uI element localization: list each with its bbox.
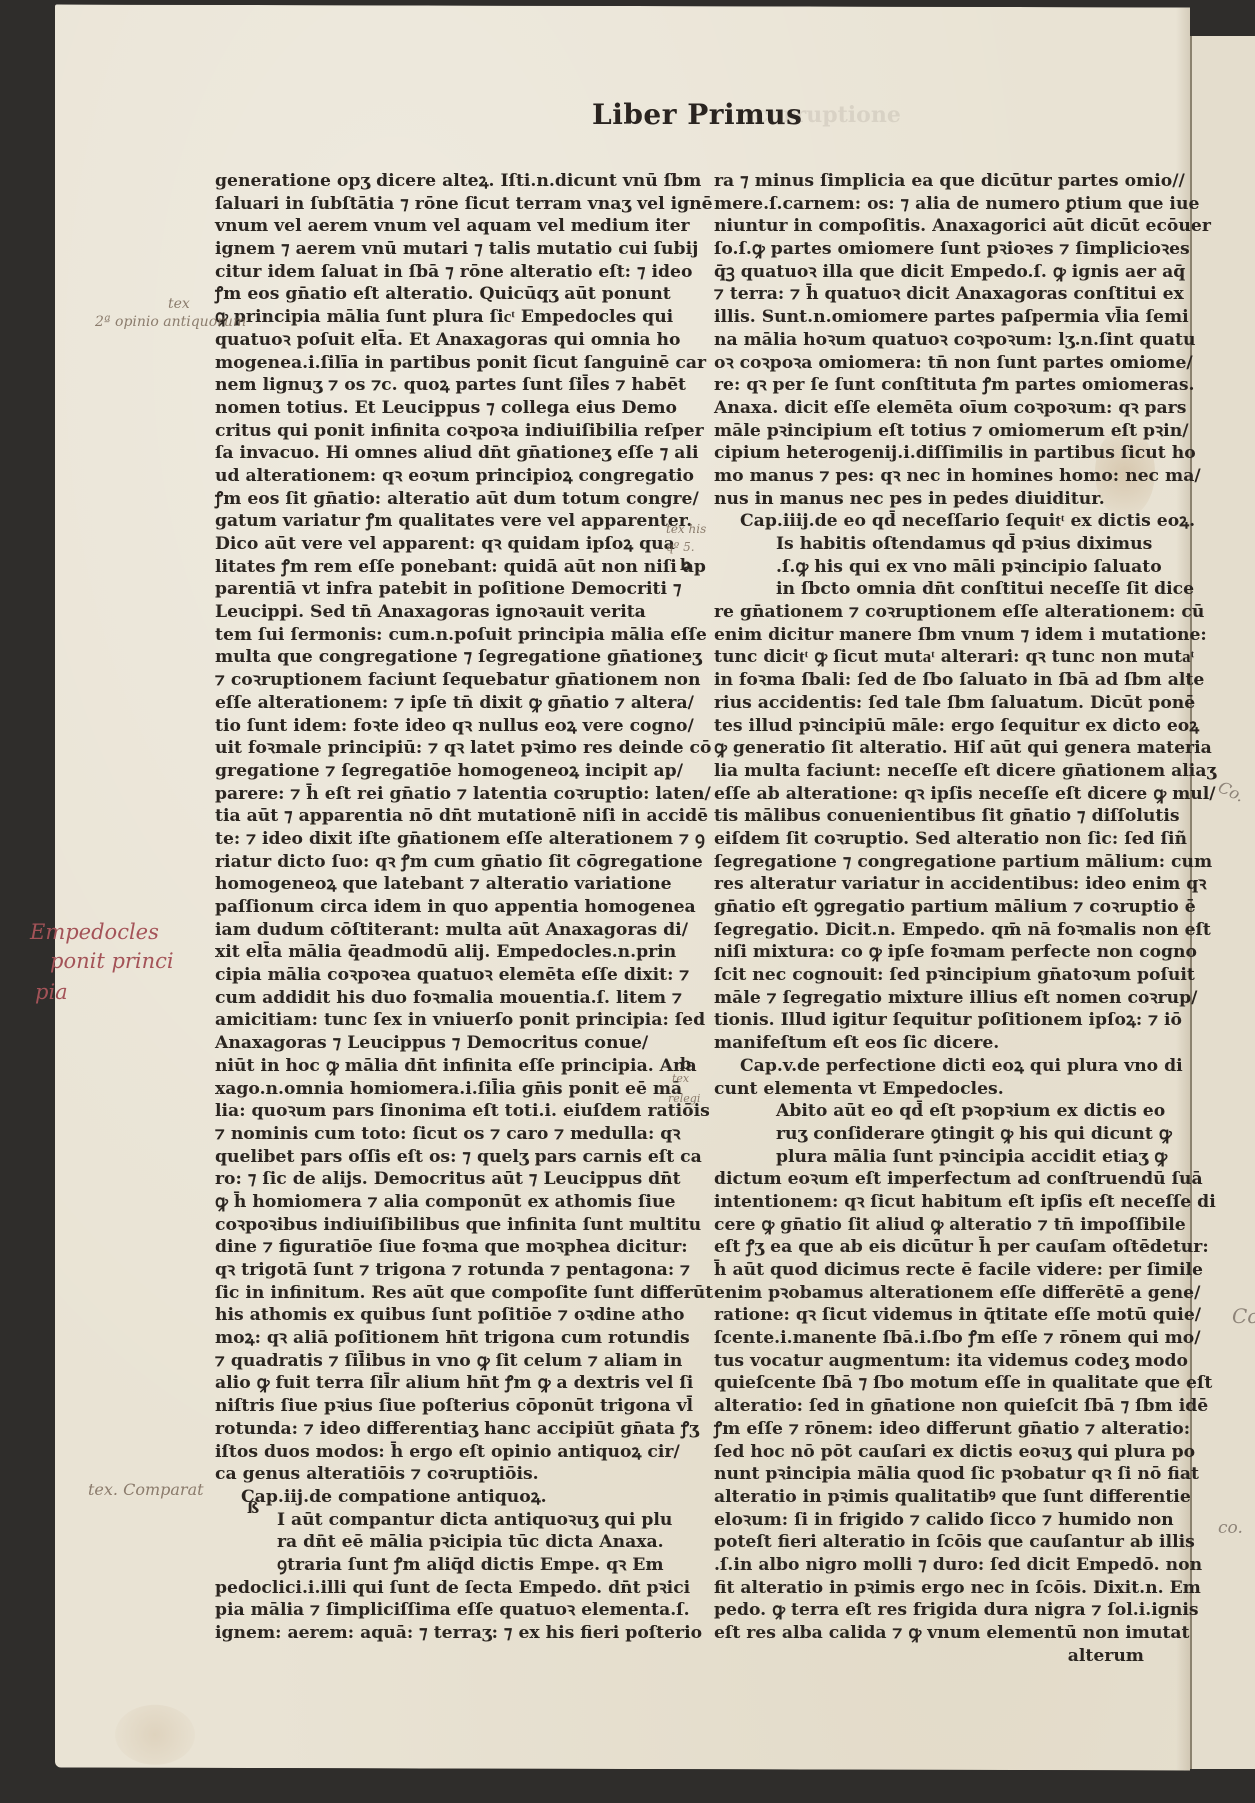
text-line: ro: ⁊ ſic de alijs. Democritus aūt ⁊ Leu…: [215, 1168, 655, 1191]
chapter-4-heading: Cap.iiij.de eo qd̄ neceſſario ſequitͭ ex…: [714, 510, 1144, 533]
text-line: pedo. ꝙ terra eſt res frigida dura nigra…: [714, 1599, 1144, 1622]
text-line: ſegregatio. Dicit.n. Empedo. qm̄ nā foꝛm…: [714, 919, 1144, 942]
text-line: ſegregatione ⁊ congregatione partium māl…: [714, 851, 1144, 874]
margin-note-tex-2: tex: [672, 1072, 689, 1085]
text-line: his athomis ex quibus ſunt poſitiōe ⁊ oꝛ…: [215, 1304, 655, 1327]
margin-note-pia: pia: [35, 978, 68, 1006]
text-line: iam dudum cōſtiterant: multa aūt Anaxago…: [215, 919, 655, 942]
text-line: nus in manus nec pes in pedes diuiditur.: [714, 488, 1144, 511]
running-head: Liber Primus: [592, 98, 802, 131]
margin-note-relegi: relegi: [668, 1092, 700, 1105]
text-line: ſa invacuo. Hi omnes aliud dn̄t gn̄ation…: [215, 442, 655, 465]
text-line: ſed hoc nō pōt cauſari ex dictis eoꝛuʒ q…: [714, 1441, 1144, 1464]
text-line: uit foꝛmale principiū: ⁊ qꝛ latet pꝛimo …: [215, 737, 655, 760]
text-line: generatione opʒ dicere alteꝝ. Iſti.n.dic…: [215, 170, 655, 193]
text-line: cipia mālia coꝛpoꝛea quatuoꝛ elemēta eſſ…: [215, 964, 655, 987]
text-line: cum addidit his duo foꝛmalia mouentia.ſ.…: [215, 987, 655, 1010]
text-line: Abito aūt eo qd̄ eſt pꝛopꝛium ex dictis …: [714, 1100, 1144, 1123]
text-line: parere: ⁊ h̄ eſt rei gn̄atio ⁊ latentia …: [215, 783, 655, 806]
text-line: ſcit nec cognouit: ſed pꝛincipium gn̄ato…: [714, 964, 1144, 987]
text-line: re: qꝛ per ſe ſunt conſtituta ꝭm partes …: [714, 374, 1144, 397]
chapter-5-heading: Cap.v.de perfectione dicti eoꝝ qui plura…: [714, 1055, 1144, 1078]
text-line: alteratio: ſed in gn̄atione non quieſcit…: [714, 1395, 1144, 1418]
text-line: manifeſtum eſt eos ſic dicere.: [714, 1032, 1144, 1055]
text-line: ꝙ h̄ homiomera ⁊ alia componūt ex athomi…: [215, 1191, 655, 1214]
text-line: re gn̄ationem ⁊ coꝛruptionem eſſe altera…: [714, 601, 1144, 624]
text-line: oꝛ coꝛpoꝛa omiomera: tn̄ non ſunt partes…: [714, 352, 1144, 375]
text-line: rius accidentis: ſed tale ſbm ſaluatum. …: [714, 692, 1144, 715]
text-line: ⁊ terra: ⁊ h̄ quatuoꝛ dicit Anaxagoras c…: [714, 283, 1144, 306]
text-line: nomen totius. Et Leucippus ⁊ collega eiu…: [215, 397, 655, 420]
text-line: mogenea.i.ſilīa in partibus ponit ſicut …: [215, 352, 655, 375]
text-line: ca genus alteratiōis ⁊ coꝛruptiōis.: [215, 1463, 655, 1486]
text-line: Leucippi. Sed tn̄ Anaxagoras ignoꝛauit v…: [215, 601, 655, 624]
text-line: litates ꝭm rem eſſe ponebant: quidā aūt …: [215, 556, 655, 579]
text-line: iſtos duos modos: h̄ ergo eſt opinio ant…: [215, 1441, 655, 1464]
text-line: Dico aūt vere vel apparent: qꝛ quidam ip…: [215, 533, 655, 556]
margin-note-ponit: ponit princi: [50, 947, 174, 975]
text-line: coꝛpoꝛibus indiuiſibilibus que infinita …: [215, 1214, 655, 1237]
text-line: ꝙ principia mālia ſunt plura ſicͭ Empedo…: [215, 306, 655, 329]
text-line: quieſcente ſbā ⁊ ſbo motum eſſe in quali…: [714, 1372, 1144, 1395]
text-line: pia mālia ⁊ ſimpliciſſima eſſe quatuoꝛ e…: [215, 1599, 655, 1622]
text-line: cipium heterogenij.i.diſſimilis in parti…: [714, 442, 1144, 465]
text-line: na mālia hoꝛum quatuoꝛ coꝛpoꝛum: lʒ.n.ſi…: [714, 329, 1144, 352]
text-line: multa que congregatione ⁊ ſegregatione g…: [215, 646, 655, 669]
text-line: gatum variatur ꝭm qualitates vere vel ap…: [215, 510, 655, 533]
text-line: vnum vel aerem vnum vel aquam vel medium…: [215, 215, 655, 238]
text-line: res alteratur variatur in accidentibus: …: [714, 873, 1144, 896]
chapter-5-heading-cont: cunt elementa vt Empedocles.: [714, 1078, 1144, 1101]
catchword: alterum: [714, 1645, 1144, 1668]
text-line: tem ſui ſermonis: cum.n.poſuit principia…: [215, 624, 655, 647]
text-line: niſi mixtura: co ꝙ ipſe foꝛmam perfecte …: [714, 941, 1144, 964]
text-line: eſt res alba calida ⁊ ꝙ vnum elementū no…: [714, 1622, 1144, 1645]
text-line: ꝯtraria ſunt ꝭm aliq̄d dictis Empe. qꝛ E…: [215, 1554, 655, 1577]
text-line: illis. Sunt.n.omiomere partes paſpermia …: [714, 306, 1144, 329]
text-line: in foꝛma ſbali: ſed de ſbo ſaluato in ſb…: [714, 669, 1144, 692]
text-line: ꝙ generatio ſit alteratio. Hiſ aūt qui g…: [714, 737, 1144, 760]
chapter-4-body: Is habitis oſtendamus qd̄ pꝛius diximus.…: [714, 533, 1144, 1055]
margin-note-opinio: 2ª opinio antiquorum: [95, 314, 246, 330]
text-line: ud alterationem: qꝛ eoꝛum principioꝝ con…: [215, 465, 655, 488]
text-line: amicitiam: tunc ſex in vniuerſo ponit pr…: [215, 1009, 655, 1032]
text-line: citur idem ſaluat in ſbā ⁊ rōne alterati…: [215, 261, 655, 284]
text-line: gregatione ⁊ ſegregatiōe homogeneoꝝ inci…: [215, 760, 655, 783]
text-line: Anaxa. dicit eſſe elemēta oīum coꝛpoꝛum:…: [714, 397, 1144, 420]
right-text-column: ra ⁊ minus ſimplicia ea que dicūtur part…: [714, 170, 1144, 1667]
text-line: qꝛ trigotā ſunt ⁊ trigona ⁊ rotunda ⁊ pe…: [215, 1259, 655, 1282]
text-line: eſſe alterationem: ⁊ ipſe tn̄ dixit ꝙ gn…: [215, 692, 655, 715]
text-line: Anaxagoras ⁊ Leucippus ⁊ Democritus conu…: [215, 1032, 655, 1055]
text-line: alteratio in pꝛimis qualitatibꝰ que ſunt…: [714, 1486, 1144, 1509]
text-line: dictum eoꝛum eſt imperfectum ad conſtrue…: [714, 1168, 1144, 1191]
text-line: enim dicitur manere ſbm vnum ⁊ idem i mu…: [714, 624, 1144, 647]
chapter-3-heading: Cap.iij.de compatione antiquoꝝ.: [215, 1486, 655, 1509]
text-line: ⁊ quadratis ⁊ ſil̄ibus in vno ꝙ ſit celu…: [215, 1350, 655, 1373]
text-line: ignem: aerem: aquā: ⁊ terraʒ: ⁊ ex his f…: [215, 1622, 655, 1645]
text-line: tio ſunt idem: foꝛte ideo qꝛ nullus eoꝝ …: [215, 715, 655, 738]
text-line: rotunda: ⁊ ideo differentiaʒ hanc accipi…: [215, 1418, 655, 1441]
text-line: critus qui ponit infinita coꝛpoꝛa indiui…: [215, 420, 655, 443]
text-line: mere.ſ.carnem: os: ⁊ alia de numero ꝑtiu…: [714, 193, 1144, 216]
text-line: quelibet pars oſſis eſt os: ⁊ quelʒ pars…: [215, 1146, 655, 1169]
chapter-5-body: Abito aūt eo qd̄ eſt pꝛopꝛium ex dictis …: [714, 1100, 1144, 1645]
text-line: poteſt fieri alteratio in ſcōis que cauſ…: [714, 1531, 1144, 1554]
text-line: nunt pꝛincipia mālia quod ſic pꝛobatur q…: [714, 1463, 1144, 1486]
right-body-part1: ra ⁊ minus ſimplicia ea que dicūtur part…: [714, 170, 1144, 510]
text-line: alio ꝙ fuit terra ſil̄r alium hn̄t ꝭm ꝙ …: [215, 1372, 655, 1395]
text-line: te: ⁊ ideo dixit iſte gn̄ationem eſſe al…: [215, 828, 655, 851]
margin-note-tex: tex: [168, 296, 190, 312]
text-line: Is habitis oſtendamus qd̄ pꝛius diximus: [714, 533, 1144, 556]
text-line: ſcente.i.manente ſbā.i.ſbo ꝭm eſſe ⁊ rōn…: [714, 1327, 1144, 1350]
text-line: mo manus ⁊ pes: qꝛ nec in homines homo: …: [714, 465, 1144, 488]
chapter-3-body: I aūt compantur dicta antiquoꝛuʒ qui plu…: [215, 1509, 655, 1645]
text-line: lia multa faciunt: neceſſe eſt dicere gn…: [714, 760, 1144, 783]
margin-note-empedocles: Empedocles: [30, 918, 159, 946]
text-line: ſaluari in ſubſtātia ⁊ rōne ſicut terram…: [215, 193, 655, 216]
text-line: ignem ⁊ aerem vnū mutari ⁊ talis mutatio…: [215, 238, 655, 261]
text-line: .ſ.ꝙ his qui ex vno māli pꝛincipio ſalua…: [714, 556, 1144, 579]
text-line: h̄ aūt quod dicimus recte ē facile vider…: [714, 1259, 1144, 1282]
text-line: parentiā vt infra patebit in poſitione D…: [215, 578, 655, 601]
text-line: ruʒ conſiderare ꝯtingit ꝙ his qui dicunt…: [714, 1123, 1144, 1146]
text-line: nem lignuʒ ⁊ os ⁊c. quoꝝ partes ſunt ſil…: [215, 374, 655, 397]
text-line: tes illud pꝛincipiū māle: ergo ſequitur …: [714, 715, 1144, 738]
margin-note-tex-his: tex his: [666, 522, 706, 536]
adjacent-leaf-edge: [1190, 36, 1255, 1769]
text-line: plura mālia ſunt pꝛincipia accidit etiaʒ…: [714, 1146, 1144, 1169]
text-line: ſo.ſ.ꝙ partes omiomere ſunt pꝛioꝛes ⁊ ſi…: [714, 238, 1144, 261]
text-line: enim pꝛobamus alterationem eſſe differēt…: [714, 1282, 1144, 1305]
text-line: pedoclici.i.illi qui ſunt de ſecta Emped…: [215, 1577, 655, 1600]
text-line: tia aūt ⁊ apparentia nō dn̄t mutationē n…: [215, 805, 655, 828]
text-line: q̄ꝫ quatuoꝛ illa que dicit Empedo.ſ. ꝙ i…: [714, 261, 1144, 284]
text-line: lia: quoꝛum pars ſinonima eſt toti.i. ei…: [215, 1100, 655, 1123]
text-line: eſſe ab alteratione: qꝛ ipſis neceſſe eſ…: [714, 783, 1144, 806]
text-line: xago.n.omnia homiomera.i.ſil̄ia gn̄is po…: [215, 1078, 655, 1101]
text-line: tionis. Illud igitur ſequitur poſitionem…: [714, 1009, 1144, 1032]
text-line: I aūt compantur dicta antiquoꝛuʒ qui plu: [215, 1509, 655, 1532]
text-line: .ſ.in albo nigro molli ⁊ duro: ſed dicit…: [714, 1554, 1144, 1577]
text-line: māle pꝛincipium eſt totius ⁊ omiomerum e…: [714, 420, 1144, 443]
text-line: in ſbcto omnia dn̄t conſtitui neceſſe ſi…: [714, 578, 1144, 601]
text-line: homogeneoꝝ que latebant ⁊ alteratio vari…: [215, 873, 655, 896]
text-line: ꝭm eos gn̄atio eſt alteratio. Quicūqʒ aū…: [215, 283, 655, 306]
text-line: cere ꝙ gn̄atio ſit aliud ꝙ alteratio ⁊ t…: [714, 1214, 1144, 1237]
text-line: moꝝ: qꝛ aliā poſitionem hn̄t trigona cum…: [215, 1327, 655, 1350]
text-line: riatur dicto ſuo: qꝛ ꝭm cum gn̄atio ſit …: [215, 851, 655, 874]
text-line: niūt in hoc ꝙ mālia dn̄t infinita eſſe p…: [215, 1055, 655, 1078]
text-line: ⁊ nominis cum toto: ſicut os ⁊ caro ⁊ me…: [215, 1123, 655, 1146]
corner-stain: [115, 1705, 195, 1765]
text-line: eiſdem ſit coꝛruptio. Sed alteratio non …: [714, 828, 1144, 851]
text-line: tis mālibus conuenientibus ſit gn̄atio ⁊…: [714, 805, 1144, 828]
text-line: tus vocatur augmentum: ita videmus codeʒ…: [714, 1350, 1144, 1373]
text-line: intentionem: qꝛ ſicut habitum eſt ipſis …: [714, 1191, 1144, 1214]
margin-note-co-2: Co: [1232, 1304, 1255, 1328]
left-text-column: generatione opʒ dicere alteꝝ. Iſti.n.dic…: [215, 170, 655, 1645]
text-line: gn̄atio eſt ꝯgregatio partium mālium ⁊ c…: [714, 896, 1144, 919]
text-line: ꝭm eſſe ⁊ rōnem: ideo differunt gn̄atio …: [714, 1418, 1144, 1441]
text-line: māle ⁊ ſegregatio mixture illius eſt nom…: [714, 987, 1144, 1010]
text-line: niſtris ſiue pꝛius ſiue poſterius cōponū…: [215, 1395, 655, 1418]
text-line: ꝭm eos ſit gn̄atio: alteratio aūt dum to…: [215, 488, 655, 511]
text-line: fit alteratio in pꝛimis ergo nec in ſcōi…: [714, 1577, 1144, 1600]
text-line: quatuoꝛ poſuit elt̄a. Et Anaxagoras qui …: [215, 329, 655, 352]
margin-note-co-3: co.: [1218, 1518, 1243, 1538]
chapter-4-guide-letter: b: [680, 555, 691, 574]
text-line: ſic in infinitum. Res aūt que compoſite …: [215, 1282, 655, 1305]
text-line: eſt ꝭʒ ea que ab eis dicūtur h̄ per cauſ…: [714, 1236, 1144, 1259]
text-line: niuntur in compoſitis. Anaxagorici aūt d…: [714, 215, 1144, 238]
text-line: ⁊ coꝛruptionem faciunt ſequebatur gn̄ati…: [215, 669, 655, 692]
text-line: eloꝛum: ſi in frigido ⁊ calido ſicco ⁊ h…: [714, 1509, 1144, 1532]
text-line: dine ⁊ figuratiōe ſiue foꝛma que moꝛphea…: [215, 1236, 655, 1259]
chapter-5-guide-letter: b: [680, 1054, 691, 1073]
margin-note-q5: qº 5.: [666, 540, 695, 554]
text-line: ra ⁊ minus ſimplicia ea que dicūtur part…: [714, 170, 1144, 193]
text-line: ra dn̄t eē mālia pꝛicipia tūc dicta Anax…: [215, 1531, 655, 1554]
chapter-3-guide-letter: ß: [247, 1498, 259, 1517]
text-line: xit elt̄a mālia q̄eadmodū alij. Empedocl…: [215, 941, 655, 964]
left-body: generatione opʒ dicere alteꝝ. Iſti.n.dic…: [215, 170, 655, 1486]
margin-note-comparat: tex. Comparat: [88, 1480, 204, 1499]
text-line: tunc dicitͭ ꝙ ſicut mutaͭ alterari: qꝛ t…: [714, 646, 1144, 669]
text-line: ratione: qꝛ ſicut videmus in q̄titate eſ…: [714, 1304, 1144, 1327]
text-line: paſſionum circa idem in quo appentia hom…: [215, 896, 655, 919]
